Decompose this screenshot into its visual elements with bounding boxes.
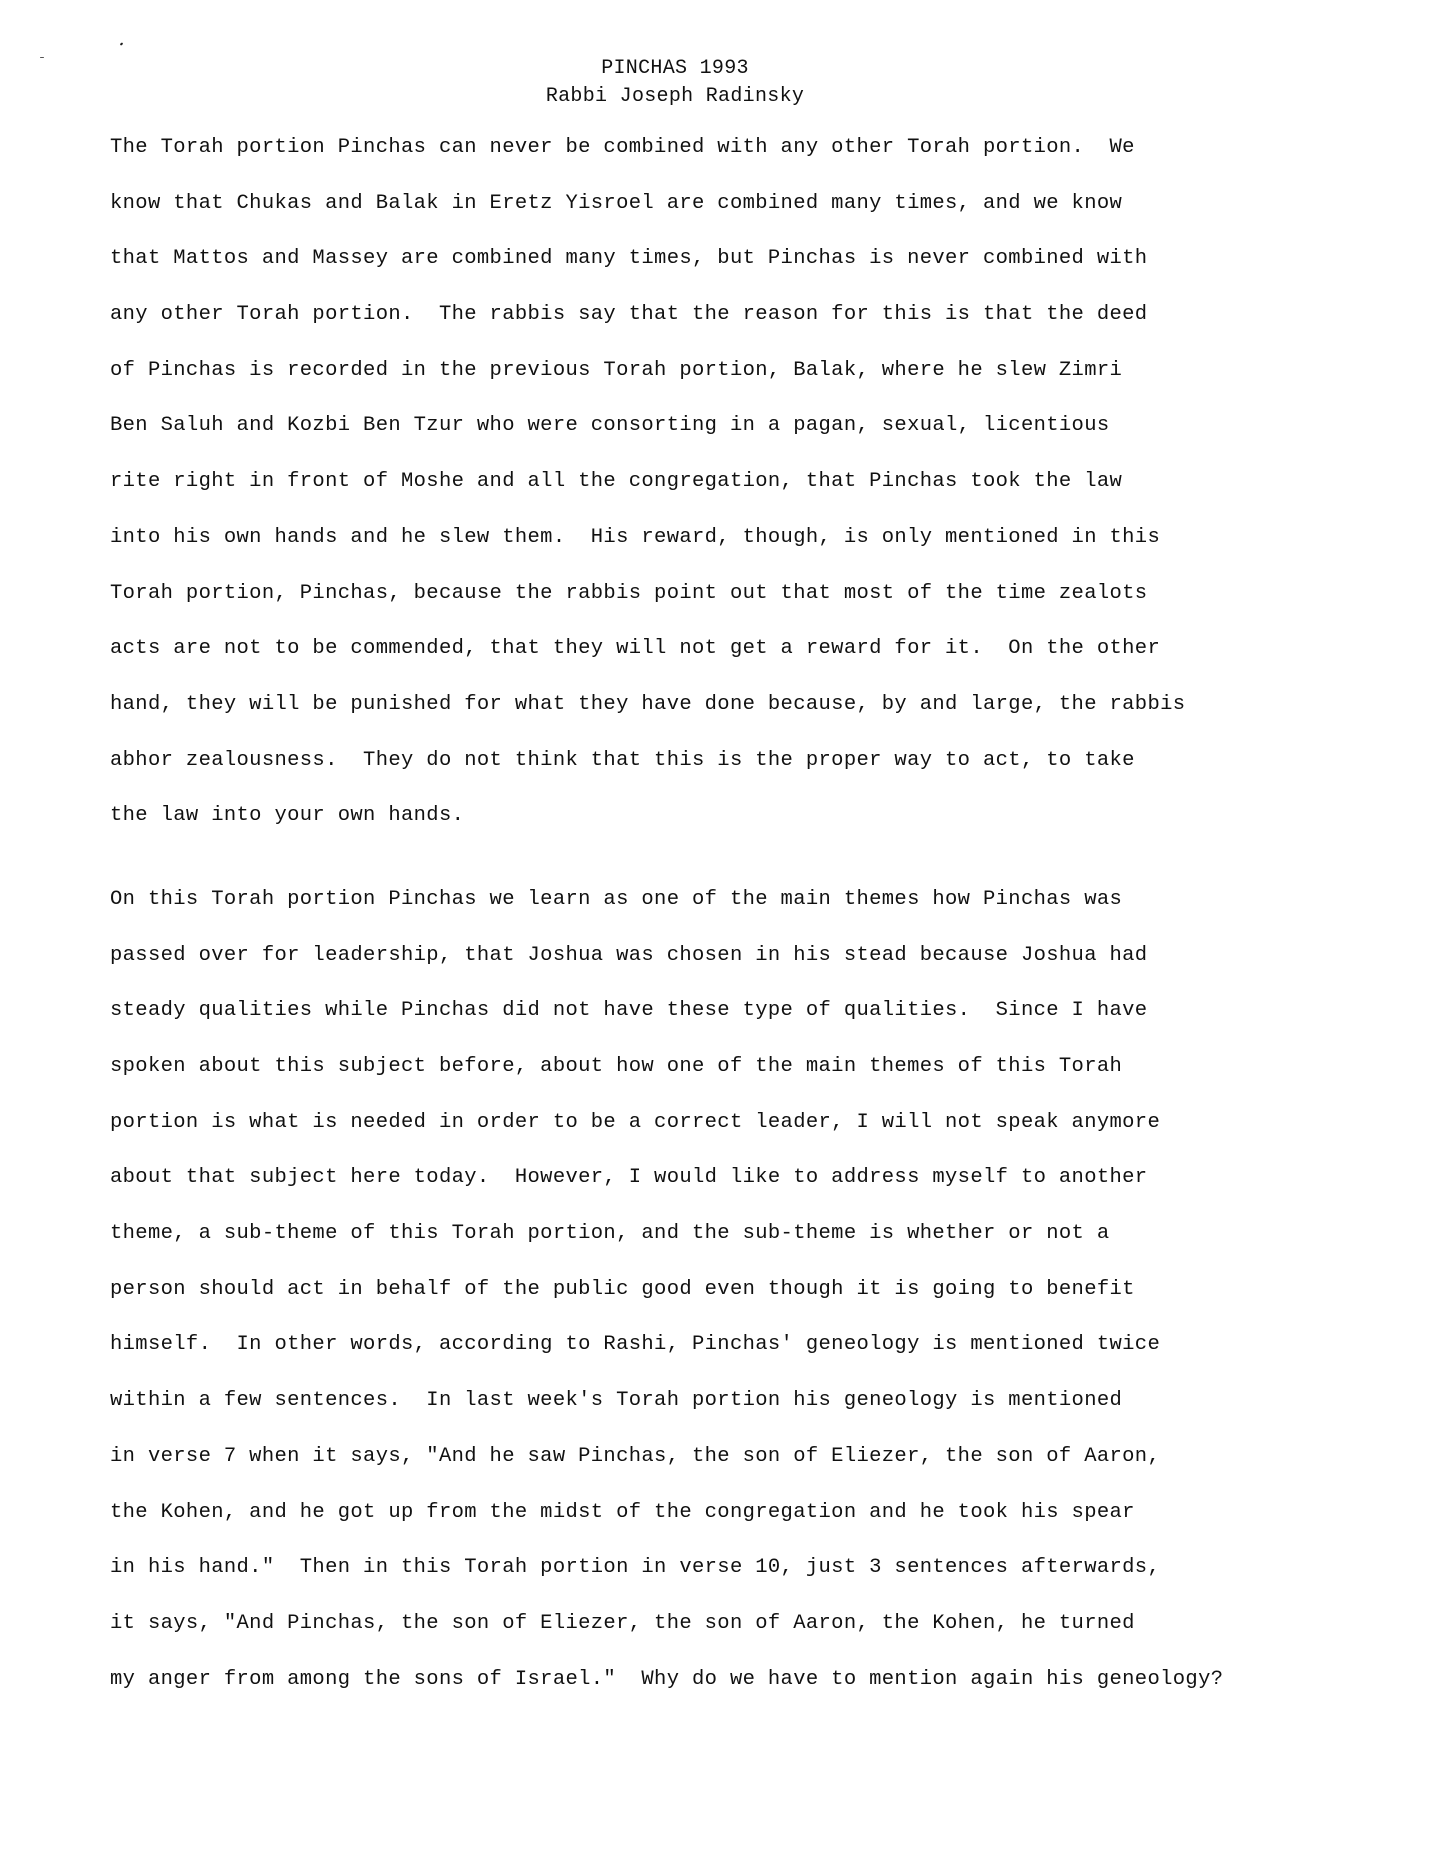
text-line: my anger from among the sons of Israel."… [110, 1668, 1223, 1724]
text-line: the law into your own hands. [110, 804, 1223, 860]
text-line: rite right in front of Moshe and all the… [110, 470, 1223, 526]
text-line: portion is what is needed in order to be… [110, 1111, 1223, 1167]
text-line: in his hand." Then in this Torah portion… [110, 1556, 1223, 1612]
document-author: Rabbi Joseph Radinsky [0, 83, 1350, 111]
text-line: Torah portion, Pinchas, because the rabb… [110, 582, 1223, 638]
paragraph-2: On this Torah portion Pinchas we learn a… [110, 888, 1223, 1723]
text-line: of Pinchas is recorded in the previous T… [110, 359, 1223, 415]
text-line: within a few sentences. In last week's T… [110, 1389, 1223, 1445]
text-line: The Torah portion Pinchas can never be c… [110, 136, 1223, 192]
text-line: hand, they will be punished for what the… [110, 693, 1223, 749]
text-line: spoken about this subject before, about … [110, 1055, 1223, 1111]
text-line: in verse 7 when it says, "And he saw Pin… [110, 1445, 1223, 1501]
text-line: about that subject here today. However, … [110, 1166, 1223, 1222]
text-line: abhor zealousness. They do not think tha… [110, 749, 1223, 805]
text-line: theme, a sub-theme of this Torah portion… [110, 1222, 1223, 1278]
text-line: that Mattos and Massey are combined many… [110, 247, 1223, 303]
text-line: person should act in behalf of the publi… [110, 1278, 1223, 1334]
text-line: it says, "And Pinchas, the son of Elieze… [110, 1612, 1223, 1668]
text-line: passed over for leadership, that Joshua … [110, 944, 1223, 1000]
text-line: steady qualities while Pinchas did not h… [110, 999, 1223, 1055]
text-line: any other Torah portion. The rabbis say … [110, 303, 1223, 359]
text-line: into his own hands and he slew them. His… [110, 526, 1223, 582]
paragraph-gap [110, 860, 1223, 888]
text-line: On this Torah portion Pinchas we learn a… [110, 888, 1223, 944]
document-header: PINCHAS 1993 Rabbi Joseph Radinsky [0, 55, 1350, 111]
text-line: the Kohen, and he got up from the midst … [110, 1501, 1223, 1557]
text-line: Ben Saluh and Kozbi Ben Tzur who were co… [110, 414, 1223, 470]
scanned-page: PINCHAS 1993 Rabbi Joseph Radinsky The T… [0, 0, 1430, 1851]
scan-speck [120, 42, 124, 45]
text-line: know that Chukas and Balak in Eretz Yisr… [110, 192, 1223, 248]
paragraph-1: The Torah portion Pinchas can never be c… [110, 136, 1223, 860]
text-line: himself. In other words, according to Ra… [110, 1333, 1223, 1389]
document-title: PINCHAS 1993 [0, 55, 1350, 83]
text-line: acts are not to be commended, that they … [110, 637, 1223, 693]
document-body: The Torah portion Pinchas can never be c… [110, 136, 1223, 1723]
